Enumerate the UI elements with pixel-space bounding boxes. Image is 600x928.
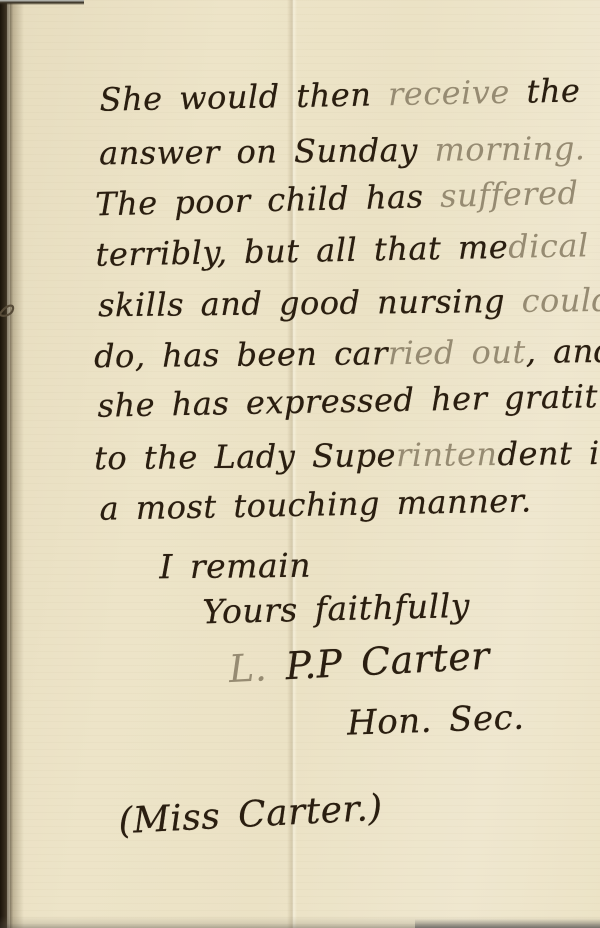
page-binding-edge: [0, 0, 24, 928]
page-top-edge-shadow: [0, 0, 84, 5]
stray-ink-mark: [0, 296, 23, 326]
annotation-miss-carter: (Miss Carter.): [44, 747, 386, 887]
page-bottom-right-shadow: [415, 919, 600, 928]
signature-initial: L.: [228, 645, 269, 691]
letter-text: Hon. Sec.: [346, 697, 525, 743]
page-edge-highlight: [7, 0, 10, 928]
letter-text: (Miss Carter.): [117, 788, 383, 843]
handwritten-letter-page: She would then receive the answer on Sun…: [0, 0, 600, 928]
